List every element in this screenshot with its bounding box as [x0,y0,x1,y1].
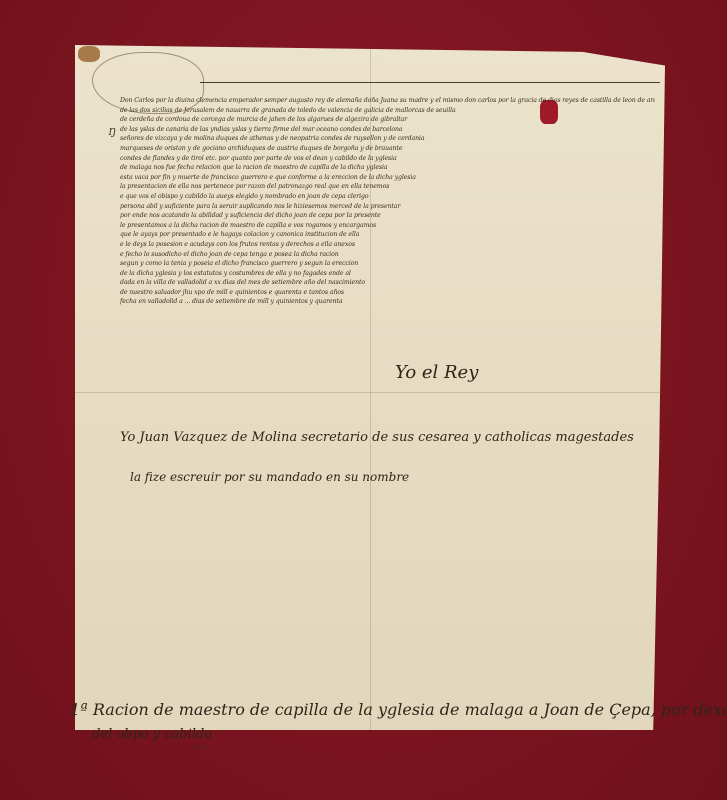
endorsement-line-2: del obpo y cabildo [92,727,212,742]
reference-number: n.o 7 [194,744,209,751]
body-line: marqueses de oristan y de gociano archid… [120,144,655,154]
opening-line: Don Carlos por la diuina clemencia emper… [120,96,655,106]
secretary-attestation-line-2: la fize escreuir por su mandado en su no… [130,470,409,484]
body-line: segun y como la tenia y poseia el dicho … [120,259,655,269]
body-line: esta vaca por fin y muerte de francisco … [120,173,655,183]
body-line: dada en la villa de valladolid a xx dias… [120,278,655,288]
body-line: de las dos sicilias de Jerusalem de naua… [120,106,655,116]
body-line: condes de flandes y de tirol etc. por qu… [120,154,655,164]
body-line: e que vos el obispo y cabildo la aueys e… [120,192,655,202]
body-line: de la dicha yglesia y los estatutos y co… [120,269,655,279]
provision-body: Don Carlos por la diuina clemencia emper… [120,96,655,307]
body-line: fecha en valladolid a ... dias de setiem… [120,297,655,307]
body-line: e le deys la posesion e acudays con los … [120,240,655,250]
corner-stain [78,46,100,62]
body-line: la presentacion de ella nos pertenece po… [120,182,655,192]
body-line: de las yslas de canaria de las yndias ys… [120,125,655,135]
heading-rule [200,82,660,83]
royal-signature: Yo el Rey [395,362,478,383]
body-line: persona abil y suficiente para la seruir… [120,202,655,212]
body-line: e fecho lo susodicho el dicho joan de ce… [120,250,655,260]
body-line: de cerdeña de cordoua de corcega de murc… [120,115,655,125]
body-line: de nuestro saluador jhu xpo de mill e qu… [120,288,655,298]
margin-marker: Ŋ [108,128,116,138]
horizontal-fold-line [75,392,665,393]
body-line: que le ayays por presentado e le hagays … [120,230,655,240]
body-line: de malaga nos fue fecha relacion que la … [120,163,655,173]
secretary-attestation-line-1: Yo Juan Vazquez de Molina secretario de … [120,430,634,445]
body-line: le presentamos a la dicha racion de maes… [120,221,655,231]
endorsement-line-1: 1ª Racion de maestro de capilla de la yg… [70,700,727,719]
body-line: por ende nos acatando la abilidad y sufi… [120,211,655,221]
body-line: señores de vizcaya y de molina duques de… [120,134,655,144]
